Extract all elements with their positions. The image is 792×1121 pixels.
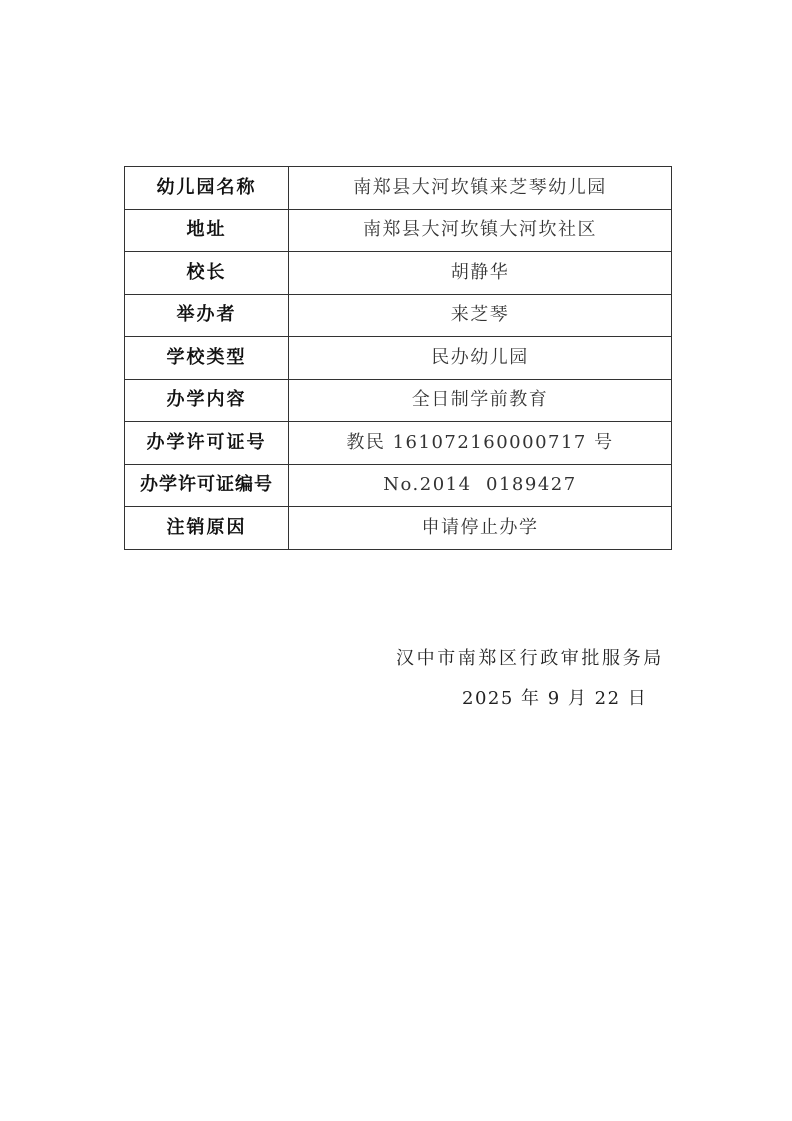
row-label: 地址 [125, 209, 289, 252]
row-value: 胡静华 [289, 252, 672, 295]
issue-date: 2025 年 9 月 22 日 [462, 684, 647, 710]
row-value: 民办幼儿园 [289, 337, 672, 380]
row-value: 教民 161072160000717 号 [289, 422, 672, 465]
row-label: 幼儿园名称 [125, 167, 289, 210]
kindergarten-info-table: 幼儿园名称 南郑县大河坎镇来芝琴幼儿园 地址 南郑县大河坎镇大河坎社区 校长 胡… [124, 166, 672, 550]
row-value: 南郑县大河坎镇来芝琴幼儿园 [289, 167, 672, 210]
table-row: 举办者 来芝琴 [125, 294, 672, 337]
table-row: 幼儿园名称 南郑县大河坎镇来芝琴幼儿园 [125, 167, 672, 210]
table-row: 学校类型 民办幼儿园 [125, 337, 672, 380]
row-value: 全日制学前教育 [289, 379, 672, 422]
row-value: 申请停止办学 [289, 507, 672, 550]
table-row: 校长 胡静华 [125, 252, 672, 295]
row-value: 南郑县大河坎镇大河坎社区 [289, 209, 672, 252]
document-page: 幼儿园名称 南郑县大河坎镇来芝琴幼儿园 地址 南郑县大河坎镇大河坎社区 校长 胡… [0, 0, 792, 1121]
table-row: 办学内容 全日制学前教育 [125, 379, 672, 422]
row-label: 校长 [125, 252, 289, 295]
table-row: 注销原因 申请停止办学 [125, 507, 672, 550]
row-value: No.2014 0189427 [289, 464, 672, 507]
issuing-authority: 汉中市南郑区行政审批服务局 [396, 644, 664, 670]
row-label: 办学内容 [125, 379, 289, 422]
table-row: 办学许可证号 教民 161072160000717 号 [125, 422, 672, 465]
table-row: 办学许可证编号 No.2014 0189427 [125, 464, 672, 507]
row-label: 举办者 [125, 294, 289, 337]
row-value: 来芝琴 [289, 294, 672, 337]
row-label: 办学许可证编号 [125, 464, 289, 507]
table-row: 地址 南郑县大河坎镇大河坎社区 [125, 209, 672, 252]
row-label: 学校类型 [125, 337, 289, 380]
row-label: 办学许可证号 [125, 422, 289, 465]
row-label: 注销原因 [125, 507, 289, 550]
